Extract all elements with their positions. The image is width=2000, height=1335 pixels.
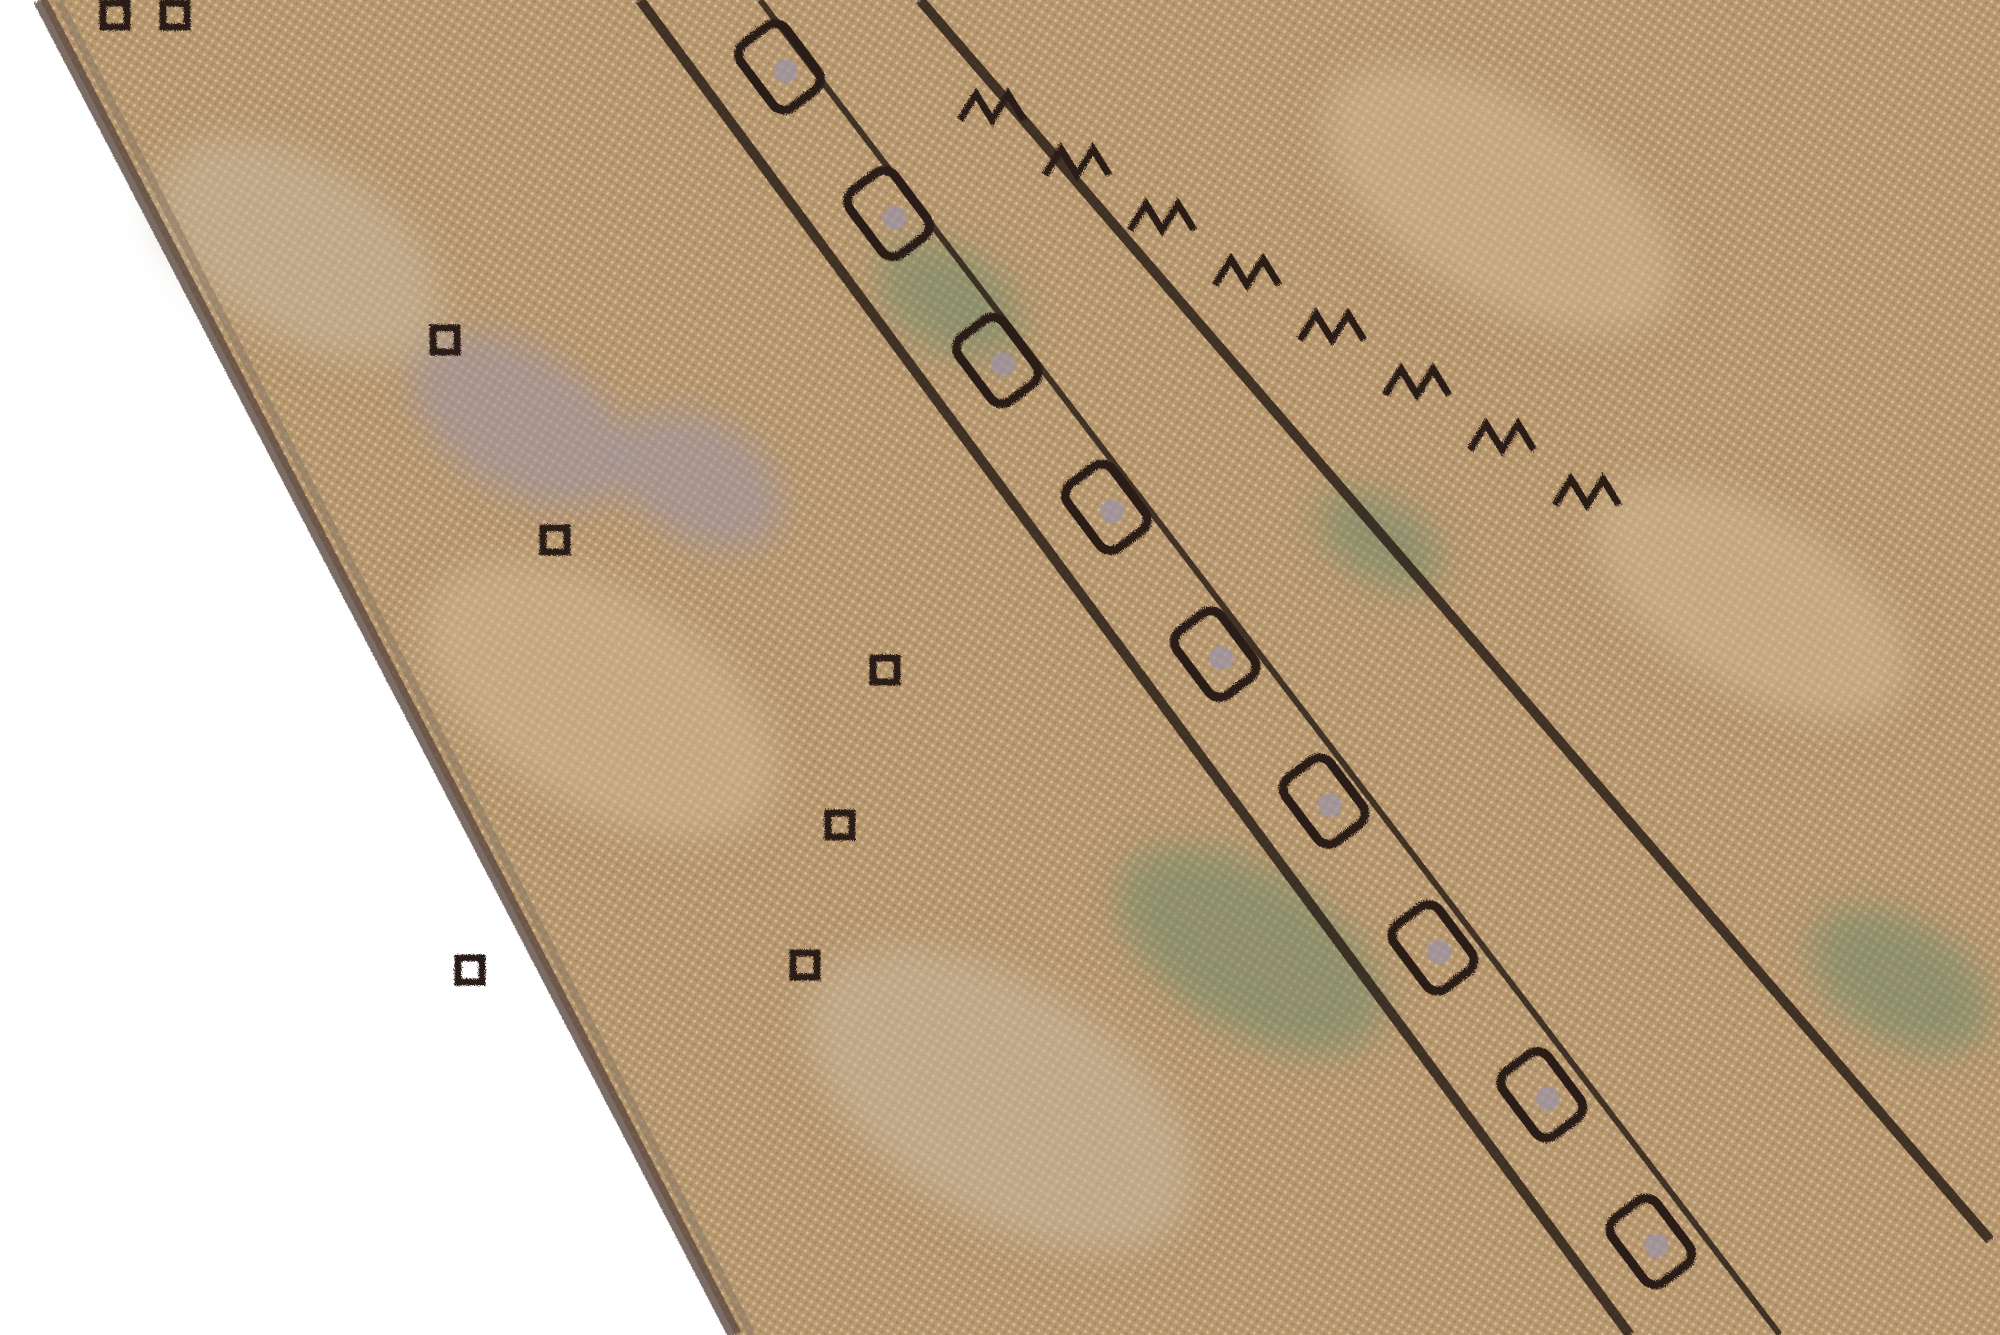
rug-photo	[0, 0, 2000, 1335]
rug-illustration	[0, 0, 2000, 1335]
